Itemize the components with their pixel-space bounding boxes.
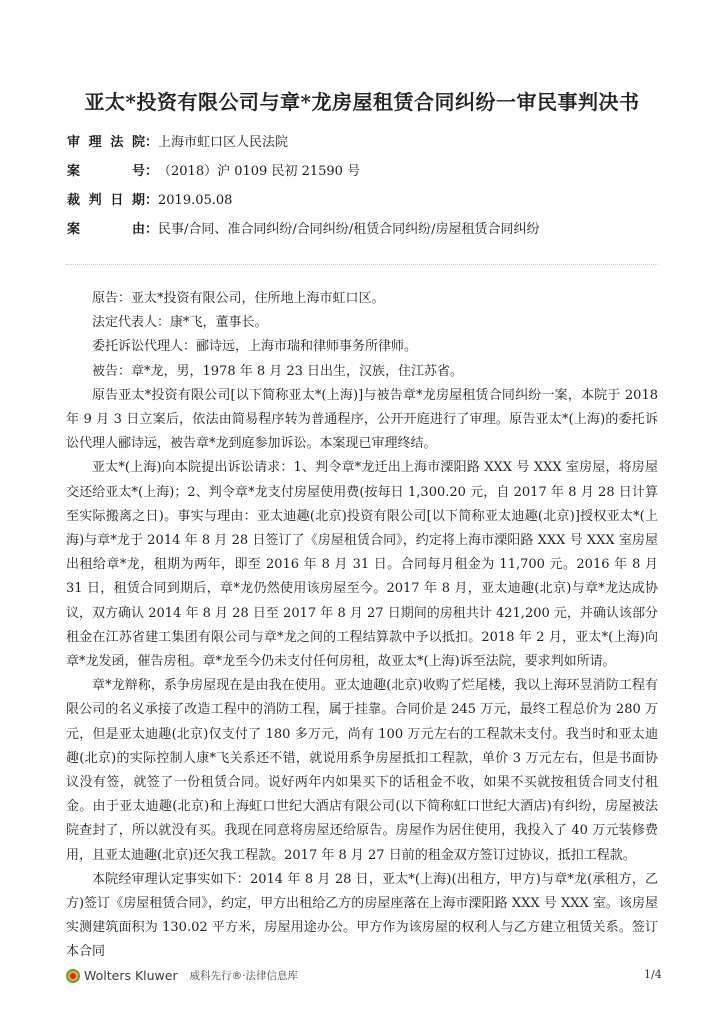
meta-cause: 案 由 ： 民事/合同、准合同纠纷/合同纠纷/租赁合同纠纷/房屋租赁合同纠纷	[67, 222, 667, 251]
paragraph-findings: 本院经审理认定事实如下：2014 年 8 月 28 日，亚太*(上海)(出租方，…	[66, 868, 658, 965]
court-value: 上海市虹口区人民法院	[158, 135, 288, 151]
meta-label: 案 号	[67, 164, 145, 180]
paragraph-legal-rep: 法定代表人：康*飞，董事长。	[66, 311, 658, 335]
footer-branding: Wolters Kluwer 威科先行®·法律信息库	[66, 968, 298, 983]
label-char: 判	[89, 193, 102, 209]
meta-court: 审 理 法 院 ： 上海市虹口区人民法院	[67, 135, 667, 164]
cause-value: 民事/合同、准合同纠纷/合同纠纷/租赁合同纠纷/房屋租赁合同纠纷	[158, 222, 540, 238]
meta-case-number: 案 号 ： （2018）沪 0109 民初 21590 号	[67, 164, 667, 193]
judgment-body: 原告：亚太*投资有限公司，住所地上海市虹口区。 法定代表人：康*飞，董事长。 委…	[66, 287, 658, 965]
meta-label: 裁 判 日 期	[67, 193, 145, 209]
judgment-date-value: 2019.05.08	[158, 193, 232, 209]
label-char: 裁	[67, 193, 80, 209]
meta-judgment-date: 裁 判 日 期 ： 2019.05.08	[67, 193, 667, 222]
case-metadata: 审 理 法 院 ： 上海市虹口区人民法院 案 号 ： （2018）沪 0109 …	[67, 135, 667, 251]
label-char: 期	[132, 193, 145, 209]
wolters-kluwer-globe-icon	[66, 969, 80, 983]
document-title: 亚太*投资有限公司与章*龙房屋租赁合同纠纷一审民事判决书	[0, 86, 724, 115]
meta-colon: ：	[145, 135, 158, 151]
label-char: 日	[110, 193, 123, 209]
label-char: 审	[67, 135, 80, 151]
paragraph-case-intro: 原告亚太*投资有限公司[以下简称亚太*(上海)]与被告章*龙房屋租赁合同纠纷一案…	[66, 384, 658, 457]
paragraph-plaintiff: 原告：亚太*投资有限公司，住所地上海市虹口区。	[66, 287, 658, 311]
paragraph-defendant: 被告：章*龙，男，1978 年 8 月 23 日出生，汉族，住江苏省。	[66, 360, 658, 384]
label-char: 号	[132, 164, 145, 180]
paragraph-claims: 亚太*(上海)向本院提出诉讼请求：1、判令章*龙迁出上海市溧阳路 XXX 号 X…	[66, 456, 658, 674]
product-name: 威科先行®·法律信息库	[190, 968, 298, 983]
meta-colon: ：	[145, 164, 158, 180]
meta-label: 案 由	[67, 222, 145, 238]
label-char: 理	[89, 135, 102, 151]
meta-colon: ：	[145, 193, 158, 209]
label-char: 法	[110, 135, 123, 151]
page-number: 1/4	[644, 968, 662, 981]
paragraph-agent: 委托诉讼代理人：郦诗远，上海市瑞和律师事务所律师。	[66, 335, 658, 359]
label-char: 由	[132, 222, 145, 238]
paragraph-defense: 章*龙辩称，系争房屋现在是由我在使用。亚太迪趣(北京)收购了烂尾楼，我以上海环昱…	[66, 674, 658, 868]
case-number-value: （2018）沪 0109 民初 21590 号	[158, 164, 360, 180]
label-char: 案	[67, 164, 80, 180]
meta-colon: ：	[145, 222, 158, 238]
meta-label: 审 理 法 院	[67, 135, 145, 151]
section-divider	[66, 264, 658, 265]
label-char: 案	[67, 222, 80, 238]
label-char: 院	[132, 135, 145, 151]
brand-name: Wolters Kluwer	[84, 968, 178, 983]
